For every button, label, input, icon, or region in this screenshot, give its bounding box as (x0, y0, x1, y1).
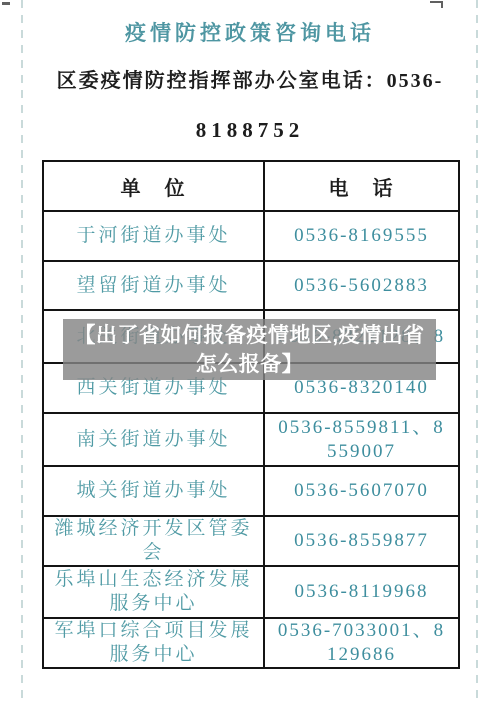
unit-cell: 南关街道办事处 (43, 413, 264, 466)
office-phone-continued: 8188752 (0, 118, 500, 143)
table-row: 南关街道办事处 0536-8559811、8 559007 (43, 413, 459, 466)
unit-cell: 军埠口综合项目发展 服务中心 (43, 618, 264, 668)
unit-cell: 城关街道办事处 (43, 466, 264, 516)
phone-cell: 0536-8169555 (264, 211, 459, 261)
column-header-phone: 电 话 (264, 161, 459, 211)
phone-cell: 0536-7033001、8 129686 (264, 618, 459, 668)
unit-cell: 望留街道办事处 (43, 261, 264, 310)
table-header-row: 单 位 电 话 (43, 161, 459, 211)
phone-cell: 0536-8119968 (264, 566, 459, 618)
table-row: 乐埠山生态经济发展 服务中心 0536-8119968 (43, 566, 459, 618)
table-row: 望留街道办事处 0536-5602883 (43, 261, 459, 310)
scan-mark-top-left (2, 2, 10, 5)
page-title: 疫情防控政策咨询电话 (0, 0, 500, 47)
left-dashed-border (21, 0, 23, 704)
table-row: 城关街道办事处 0536-5607070 (43, 466, 459, 516)
scan-mark-top-right (430, 1, 443, 3)
phone-cell: 0536-5607070 (264, 466, 459, 516)
unit-cell: 于河街道办事处 (43, 211, 264, 261)
unit-cell: 乐埠山生态经济发展 服务中心 (43, 566, 264, 618)
table-row: 于河街道办事处 0536-8169555 (43, 211, 459, 261)
watermark-caption-line2: 怎么报备】 (196, 350, 304, 379)
table-row: 潍城经济开发区管委 会 0536-8559877 (43, 516, 459, 566)
watermark-caption-line1: 【出了省如何报备疫情地区,疫情出省 (74, 321, 424, 350)
watermark-caption-overlay: 【出了省如何报备疫情地区,疫情出省 怎么报备】 (63, 319, 436, 380)
right-dashed-border (476, 0, 478, 704)
phone-cell: 0536-5602883 (264, 261, 459, 310)
notice-page: 疫情防控政策咨询电话 区委疫情防控指挥部办公室电话：0536- 8188752 … (0, 0, 500, 704)
phone-cell: 0536-8559877 (264, 516, 459, 566)
table-row: 军埠口综合项目发展 服务中心 0536-7033001、8 129686 (43, 618, 459, 668)
unit-cell: 潍城经济开发区管委 会 (43, 516, 264, 566)
office-phone-line: 区委疫情防控指挥部办公室电话：0536- (0, 64, 500, 93)
phone-directory-table: 单 位 电 话 于河街道办事处 0536-8169555 望留街道办事处 053… (42, 160, 460, 669)
column-header-unit: 单 位 (43, 161, 264, 211)
phone-cell: 0536-8559811、8 559007 (264, 413, 459, 466)
